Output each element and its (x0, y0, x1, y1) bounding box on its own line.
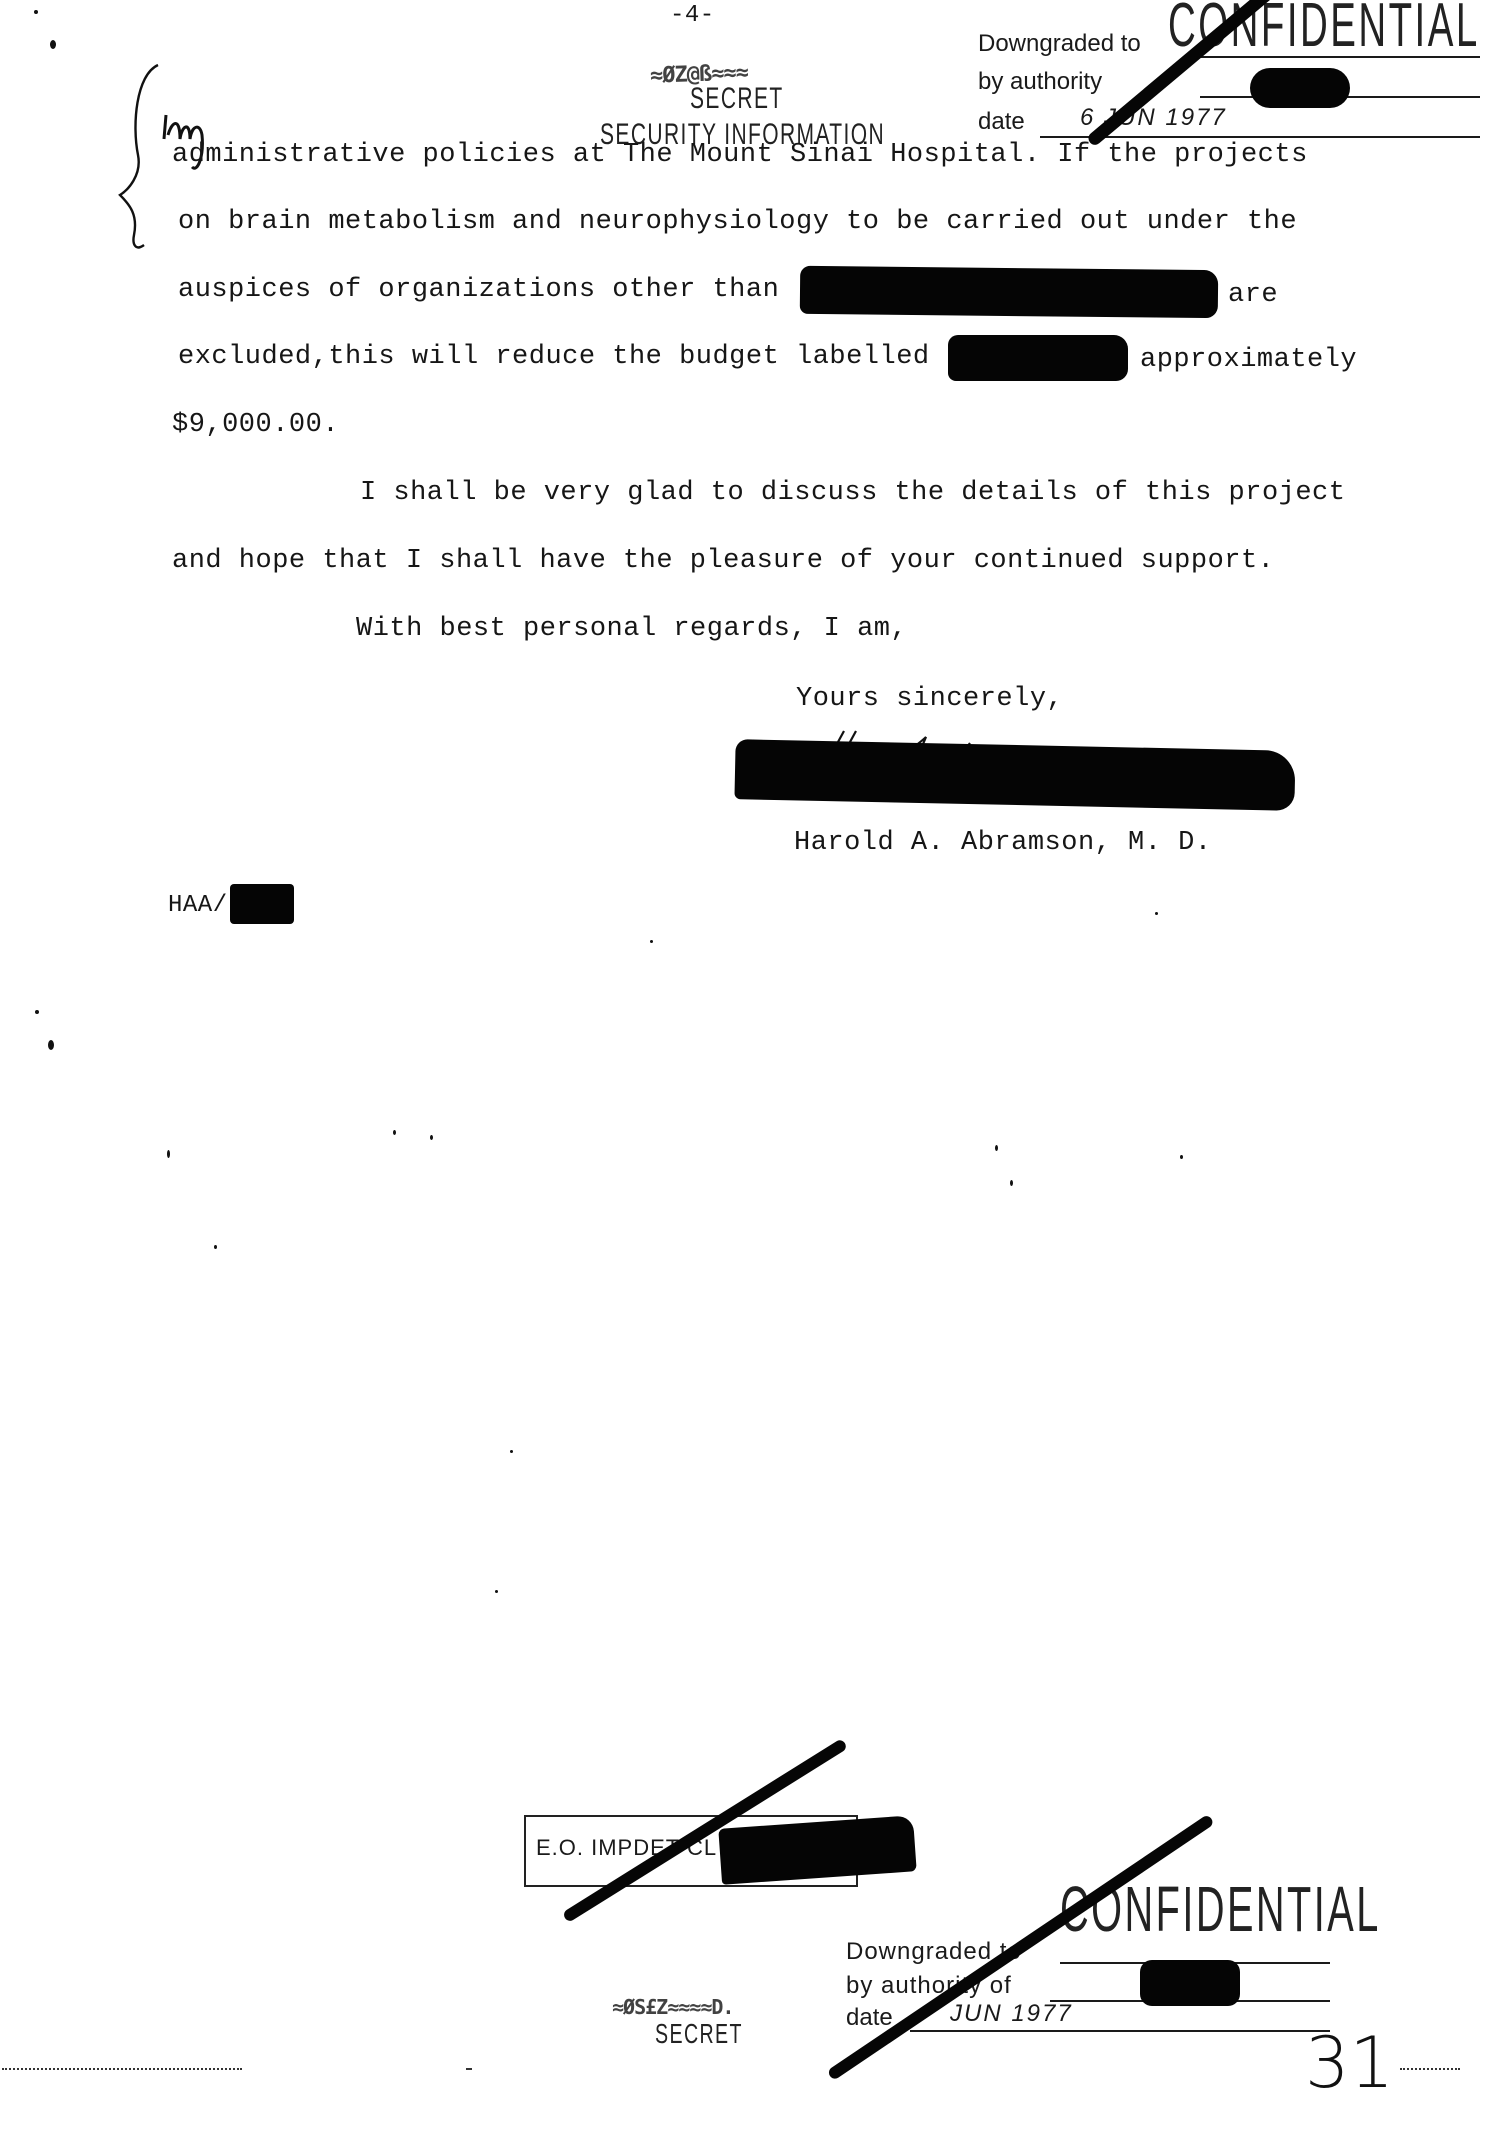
scan-speck (1155, 912, 1158, 915)
budget-amount: $9,000.00. (172, 410, 339, 440)
handwritten-page-number: 31 (1305, 2022, 1394, 2104)
bottom-date-value: JUN 1977 (950, 2000, 1073, 2028)
bottom-authority-redaction (1140, 1960, 1240, 2006)
valediction: Yours sincerely, (796, 684, 1063, 714)
bottom-date-label: date (846, 2004, 893, 2032)
top-date-label: date (978, 108, 1025, 136)
bottom-old-classification-garble: ≈ØS£Z≈≈≈≈D. (612, 1995, 733, 2019)
scan-edge-dashes (2, 2068, 242, 2070)
scan-edge-dashes-right (1400, 2068, 1460, 2070)
scan-speck (34, 10, 38, 14)
body-line-3-after: are (1228, 280, 1278, 310)
scan-speck (1010, 1180, 1013, 1186)
body-line-3: auspices of organizations other than (178, 275, 779, 305)
body-line-1: administrative policies at The Mount Sin… (172, 140, 1308, 170)
scan-speck (393, 1130, 396, 1135)
paragraph2-line-2: and hope that I shall have the pleasure … (172, 546, 1274, 576)
scan-speck (995, 1145, 998, 1151)
bottom-date-rule (910, 2030, 1330, 2032)
body-line-3-text: auspices of organizations other than (178, 275, 779, 305)
scan-speck (35, 1010, 39, 1014)
signature-redaction (734, 739, 1295, 811)
typist-initials-redaction (230, 884, 294, 924)
closing-line: With best personal regards, I am, (356, 614, 907, 644)
scan-speck (495, 1590, 498, 1593)
bottom-old-classification-marking: SECRET (655, 2018, 743, 2050)
downgraded-rule (1200, 56, 1480, 58)
old-classification-marking: SECRET (690, 82, 784, 116)
scan-speck (50, 40, 56, 49)
scan-speck (430, 1135, 433, 1140)
reference-initials: HAA/ (168, 892, 228, 919)
paragraph2-line-1: I shall be very glad to discuss the deta… (360, 478, 1345, 508)
body-line-4-text: excluded,this will reduce the budget lab… (178, 342, 930, 372)
signer-name: Harold A. Abramson, M. D. (794, 828, 1212, 858)
body-line-4: excluded,this will reduce the budget lab… (178, 342, 930, 372)
body-line-4-after: approximately (1140, 345, 1357, 375)
body-line-2: on brain metabolism and neurophysiology … (178, 207, 1297, 237)
scan-edge-dash (466, 2068, 472, 2070)
authority-redaction (1250, 68, 1350, 108)
scan-speck (510, 1450, 513, 1453)
scan-speck (214, 1245, 217, 1249)
scan-speck (650, 940, 653, 943)
top-authority-label: by authority (978, 68, 1102, 96)
scan-speck (167, 1150, 170, 1158)
top-downgraded-label: Downgraded to (978, 30, 1141, 58)
budget-label-redaction (948, 335, 1128, 381)
top-downgrade-stamp: CONFIDENTIAL Downgraded to by authority … (960, 0, 1512, 150)
page-marker: -4- (670, 2, 715, 29)
scan-speck (48, 1040, 54, 1050)
organization-redaction (800, 266, 1218, 318)
scan-speck (1180, 1155, 1183, 1159)
